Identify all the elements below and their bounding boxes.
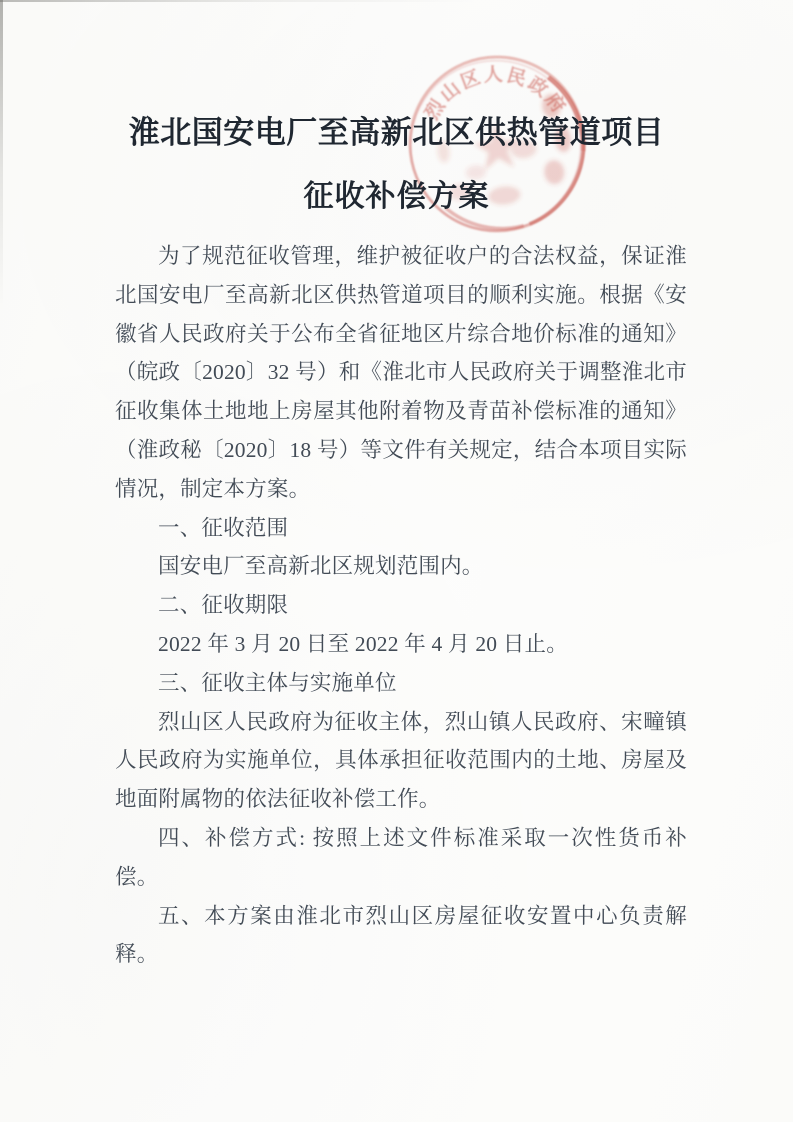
document-title-line2: 征收补偿方案	[0, 182, 793, 212]
section-5-paragraph: 五、本方案由淮北市烈山区房屋征收安置中心负责解释。	[115, 897, 687, 975]
section-4-paragraph: 四、补偿方式: 按照上述文件标准采取一次性货币补偿。	[115, 819, 687, 897]
scan-edge-top	[0, 0, 476, 2]
section-1-heading: 一、征收范围	[115, 509, 687, 548]
section-2-heading: 二、征收期限	[115, 586, 687, 625]
section-2-content: 2022 年 3 月 20 日至 2022 年 4 月 20 日止。	[115, 625, 687, 664]
document-body: 为了规范征收管理，维护被征收户的合法权益，保证淮北国安电厂至高新北区供热管道项目…	[115, 237, 687, 974]
scanned-document-page: 烈山区人民政府 淮北国安电厂至高新北区供热管道项目 征收补偿方案	[0, 0, 793, 1122]
intro-paragraph: 为了规范征收管理，维护被征收户的合法权益，保证淮北国安电厂至高新北区供热管道项目…	[115, 237, 687, 509]
document-title-line1: 淮北国安电厂至高新北区供热管道项目	[0, 117, 793, 148]
section-3-heading: 三、征收主体与实施单位	[115, 664, 687, 703]
scan-edge-left	[0, 0, 3, 310]
section-3-content: 烈山区人民政府为征收主体，烈山镇人民政府、宋疃镇人民政府为实施单位，具体承担征收…	[115, 703, 687, 819]
section-1-content: 国安电厂至高新北区规划范围内。	[115, 547, 687, 586]
